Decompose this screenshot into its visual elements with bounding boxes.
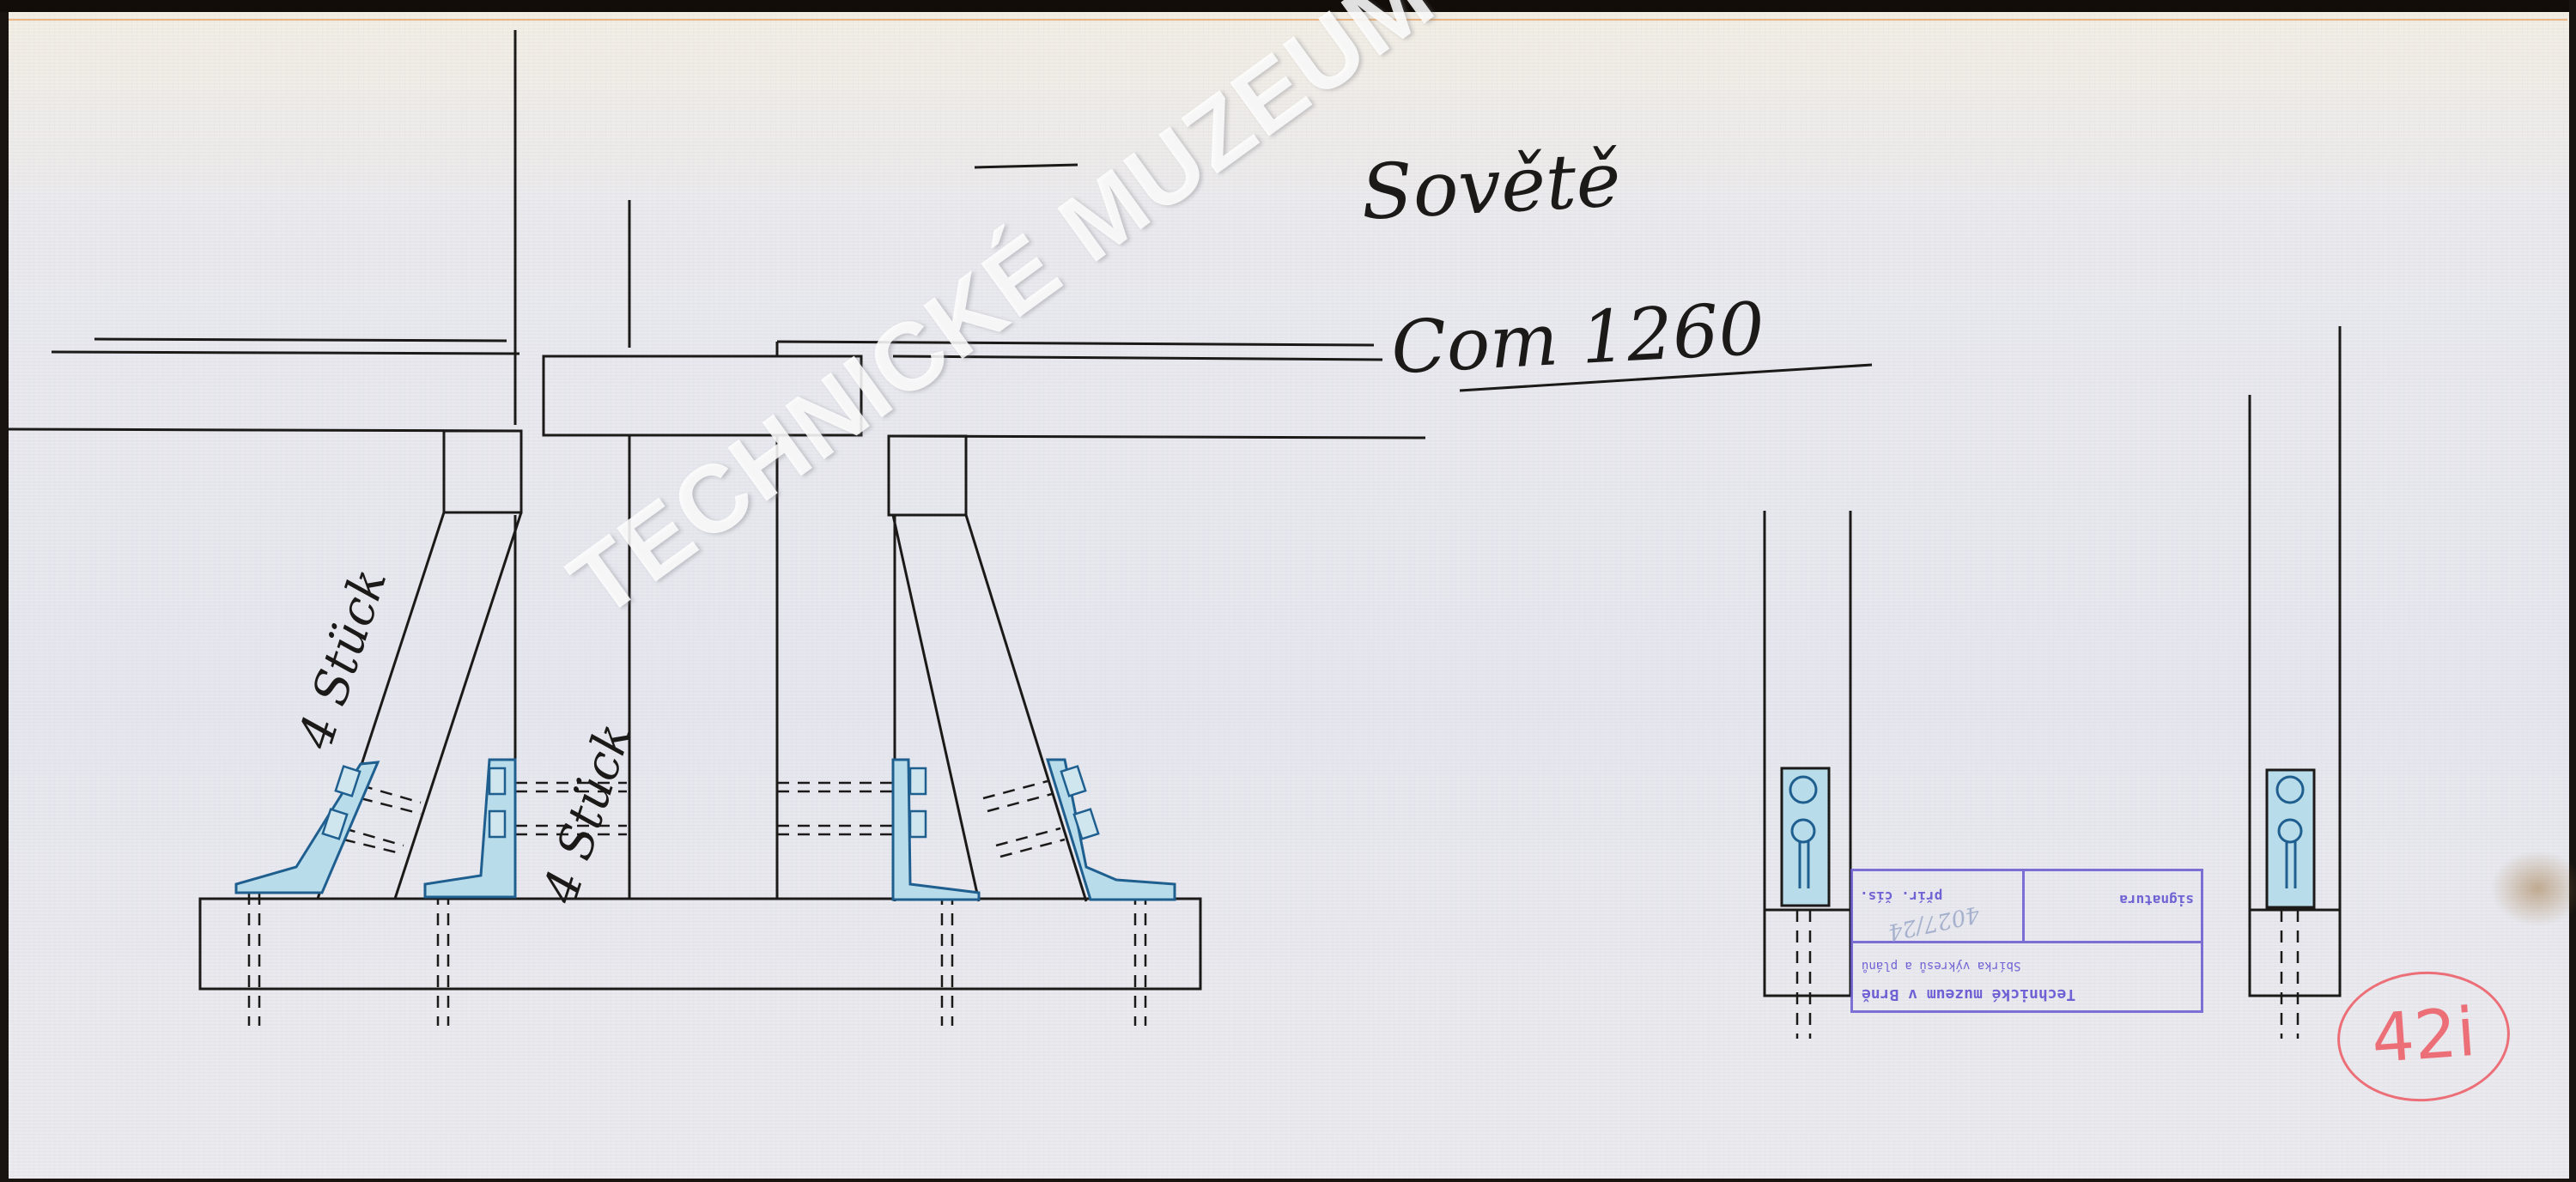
stamp-header: Technické muzeum v Brně Sbírka výkresů a… <box>1853 941 2201 1010</box>
bracket-detail-right-2 <box>2267 770 2314 907</box>
handwritten-title: Sovětě <box>1359 135 1623 237</box>
beam-line-upper <box>94 339 507 341</box>
column-cap-left <box>444 431 521 512</box>
bracket-detail-right-1 <box>1782 768 1829 906</box>
museum-stamp: Technické muzeum v Brně Sbírka výkresů a… <box>1850 869 2203 1013</box>
stamp-signature-label: signatura <box>2119 892 2194 908</box>
angle-bracket-right-1 <box>893 760 979 900</box>
stamp-institution: Technické muzeum v Brně <box>1862 985 2075 1003</box>
beam-cap-center <box>544 356 861 435</box>
stamp-accession-number: 4027/24 <box>1886 900 1982 945</box>
foundation-slab <box>200 899 1200 989</box>
stamp-signature-cell: signatura <box>2022 871 2201 941</box>
column-cap-right <box>889 436 966 515</box>
stamp-subtitle: Sbírka výkresů a plánů <box>1862 959 2020 973</box>
stamp-accession-label: přír. čís. <box>1860 888 1942 905</box>
stamp-accession-cell: 4027/24 přír. čís. <box>1853 871 2022 941</box>
